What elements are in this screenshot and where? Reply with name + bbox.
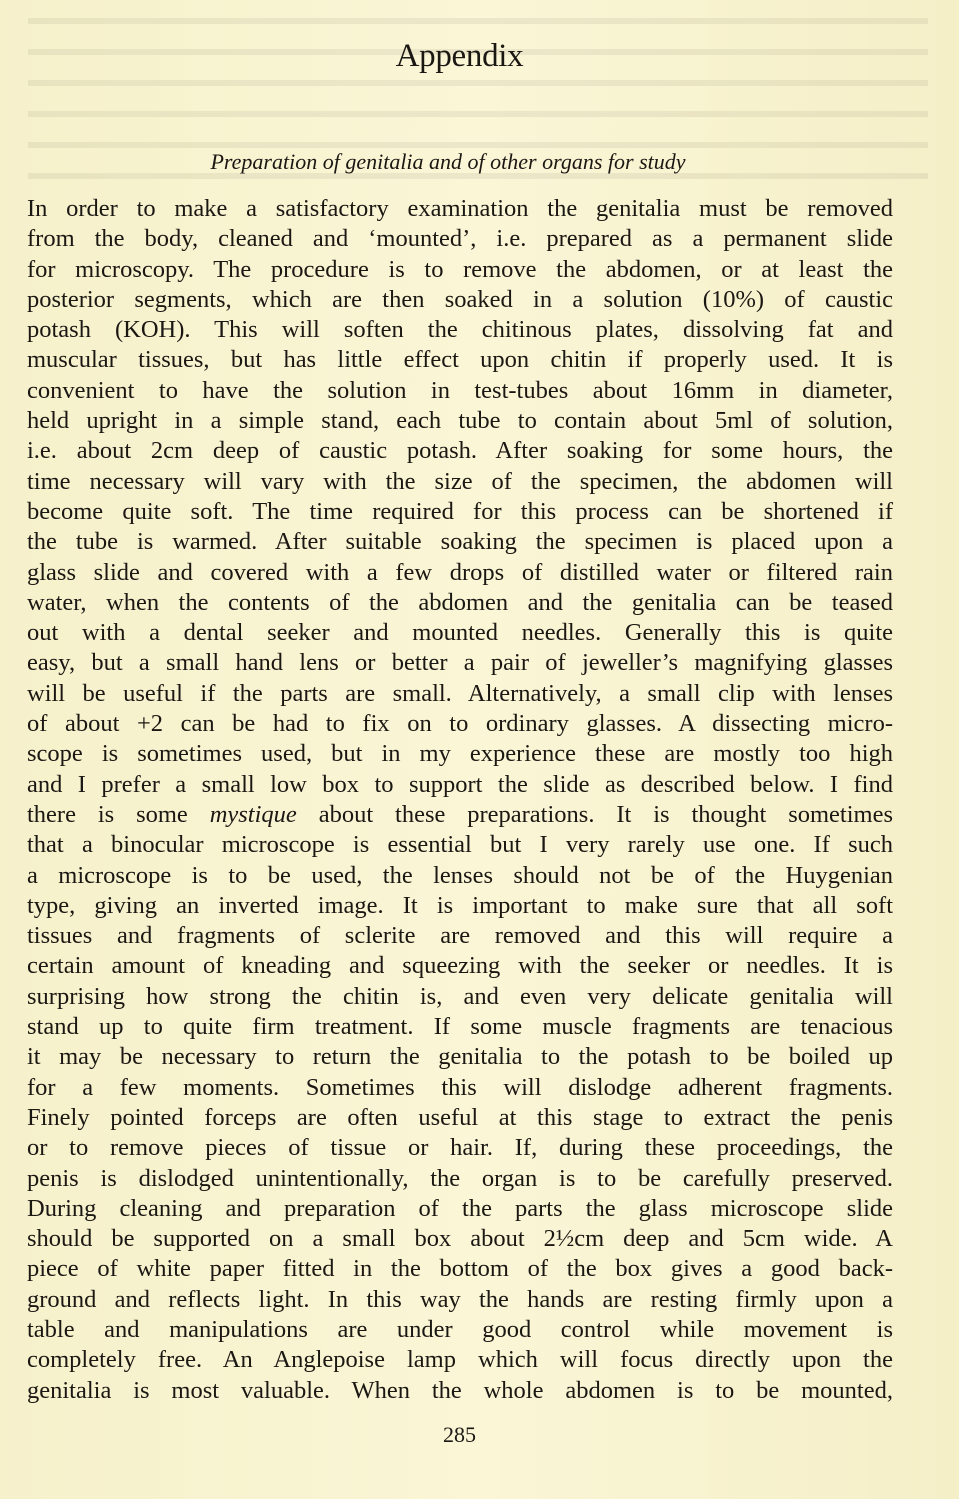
text-line: that a binocular microscope is essential…	[27, 830, 893, 860]
page-number: 285	[0, 1422, 919, 1448]
text-line: for microscopy. The procedure is to remo…	[27, 255, 893, 285]
text-line: muscular tissues, but has little effect …	[27, 345, 893, 375]
text-line: it may be necessary to return the genita…	[27, 1042, 893, 1072]
text-line: stand up to quite firm treatment. If som…	[27, 1012, 893, 1042]
text-fragment: there is some	[27, 801, 210, 828]
body-paragraph: In order to make a satisfactory examinat…	[27, 194, 893, 1406]
text-line: posterior segments, which are then soake…	[27, 285, 893, 315]
text-line: should be supported on a small box about…	[27, 1224, 893, 1254]
text-line: i.e. about 2cm deep of caustic potash. A…	[27, 436, 893, 466]
text-line: In order to make a satisfactory examinat…	[27, 194, 893, 224]
text-line: potash (KOH). This will soften the chiti…	[27, 315, 893, 345]
text-line: glass slide and covered with a few drops…	[27, 558, 893, 588]
text-line: from the body, cleaned and ‘mounted’, i.…	[27, 224, 893, 254]
text-line: will be useful if the parts are small. A…	[27, 679, 893, 709]
italic-term-mystique: mystique	[210, 801, 297, 828]
text-line: Finely pointed forceps are often useful …	[27, 1103, 893, 1133]
text-line: completely free. An Anglepoise lamp whic…	[27, 1345, 893, 1375]
text-line: for a few moments. Sometimes this will d…	[27, 1073, 893, 1103]
text-line: or to remove pieces of tissue or hair. I…	[27, 1133, 893, 1163]
text-line: penis is dislodged unintentionally, the …	[27, 1164, 893, 1194]
text-line: out with a dental seeker and mounted nee…	[27, 618, 893, 648]
text-line: the tube is warmed. After suitable soaki…	[27, 527, 893, 557]
text-line: table and manipulations are under good c…	[27, 1315, 893, 1345]
text-line-with-italic: there is some mystique about these prepa…	[27, 800, 893, 830]
text-line: ground and reflects light. In this way t…	[27, 1285, 893, 1315]
text-line: easy, but a small hand lens or better a …	[27, 648, 893, 678]
text-line: water, when the contents of the abdomen …	[27, 588, 893, 618]
text-line: type, giving an inverted image. It is im…	[27, 891, 893, 921]
text-line: time necessary will vary with the size o…	[27, 467, 893, 497]
text-line: and I prefer a small low box to support …	[27, 770, 893, 800]
text-line: surprising how strong the chitin is, and…	[27, 982, 893, 1012]
text-fragment: about these preparations. It is thought …	[297, 801, 893, 828]
text-line: become quite soft. The time required for…	[27, 497, 893, 527]
text-line: held upright in a simple stand, each tub…	[27, 406, 893, 436]
text-line: tissues and fragments of sclerite are re…	[27, 921, 893, 951]
text-line: certain amount of kneading and squeezing…	[27, 951, 893, 981]
text-line: scope is sometimes used, but in my exper…	[27, 739, 893, 769]
text-line: convenient to have the solution in test-…	[27, 376, 893, 406]
text-line: During cleaning and preparation of the p…	[27, 1194, 893, 1224]
text-line: a microscope is to be used, the lenses s…	[27, 861, 893, 891]
page-title: Appendix	[0, 38, 919, 75]
text-line: piece of white paper fitted in the botto…	[27, 1254, 893, 1284]
section-subtitle: Preparation of genitalia and of other or…	[0, 149, 896, 175]
text-line: of about +2 can be had to fix on to ordi…	[27, 709, 893, 739]
text-line: genitalia is most valuable. When the who…	[27, 1376, 893, 1406]
